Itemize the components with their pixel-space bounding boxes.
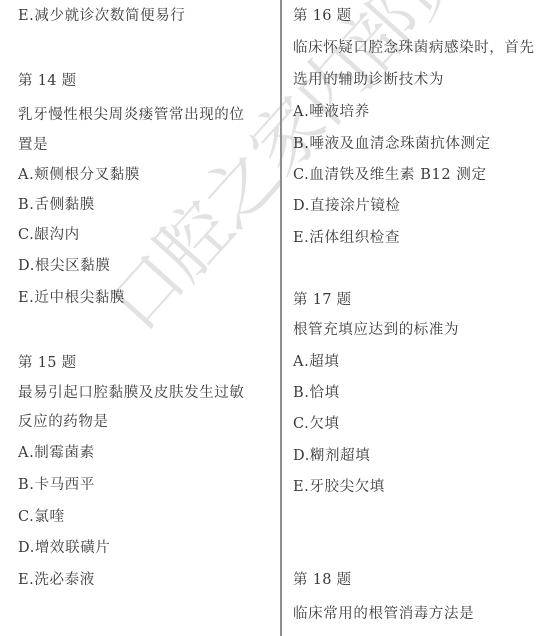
option-c: C.血清铁及维生素 B12 测定 xyxy=(293,165,487,185)
option-b: B.卡马西平 xyxy=(18,475,95,495)
exam-page: 口腔之家内部资料 E.减少就诊次数简便易行 第 14 题 乳牙慢性根尖周炎瘘管常… xyxy=(0,0,560,636)
option-a: A.超填 xyxy=(293,352,339,372)
question-stem: 临床常用的根管消毒方法是 xyxy=(293,604,474,624)
option-d: D.直接涂片镜检 xyxy=(293,196,401,216)
question-heading: 第 18 题 xyxy=(293,570,351,590)
option-d: D.糊剂超填 xyxy=(293,446,370,466)
question-heading: 第 16 题 xyxy=(293,6,351,26)
question-stem: 乳牙慢性根尖周炎瘘管常出现的位 xyxy=(18,105,245,125)
question-stem: 最易引起口腔黏膜及皮肤发生过敏 xyxy=(18,383,245,403)
option-d: D.增效联磺片 xyxy=(18,538,110,558)
question-stem: 根管充填应达到的标准为 xyxy=(293,320,459,340)
option-d: D.根尖区黏膜 xyxy=(18,256,110,276)
question-heading: 第 17 题 xyxy=(293,290,351,310)
question-stem-cont: 置是 xyxy=(18,135,48,155)
option-c: C.氯喹 xyxy=(18,507,65,527)
column-divider xyxy=(280,0,282,636)
question-heading: 第 14 题 xyxy=(18,71,76,91)
question-stem: 临床怀疑口腔念珠菌病感染时，首先 xyxy=(293,38,535,58)
option-c: C.龈沟内 xyxy=(18,225,80,245)
option-c: C.欠填 xyxy=(293,414,340,434)
option-e: E.近中根尖黏膜 xyxy=(18,288,125,308)
option-b: B.唾液及血清念珠菌抗体测定 xyxy=(293,134,491,154)
option-a: A.唾液培养 xyxy=(293,102,370,122)
option-b: B.舌侧黏膜 xyxy=(18,195,95,215)
question-stem-cont: 反应的药物是 xyxy=(18,412,109,432)
option-a: A.制霉菌素 xyxy=(18,443,95,463)
question-heading: 第 15 题 xyxy=(18,353,76,373)
option-e: E.活体组织检查 xyxy=(293,228,400,248)
option-a: A.颊侧根分叉黏膜 xyxy=(18,165,140,185)
question-stem-cont: 选用的辅助诊断技术为 xyxy=(293,70,444,90)
option-e: E.牙胶尖欠填 xyxy=(293,477,385,497)
option-b: B.恰填 xyxy=(293,383,340,403)
option-e: E.洗必泰液 xyxy=(18,570,95,590)
prev-question-option-e: E.减少就诊次数简便易行 xyxy=(18,6,185,26)
